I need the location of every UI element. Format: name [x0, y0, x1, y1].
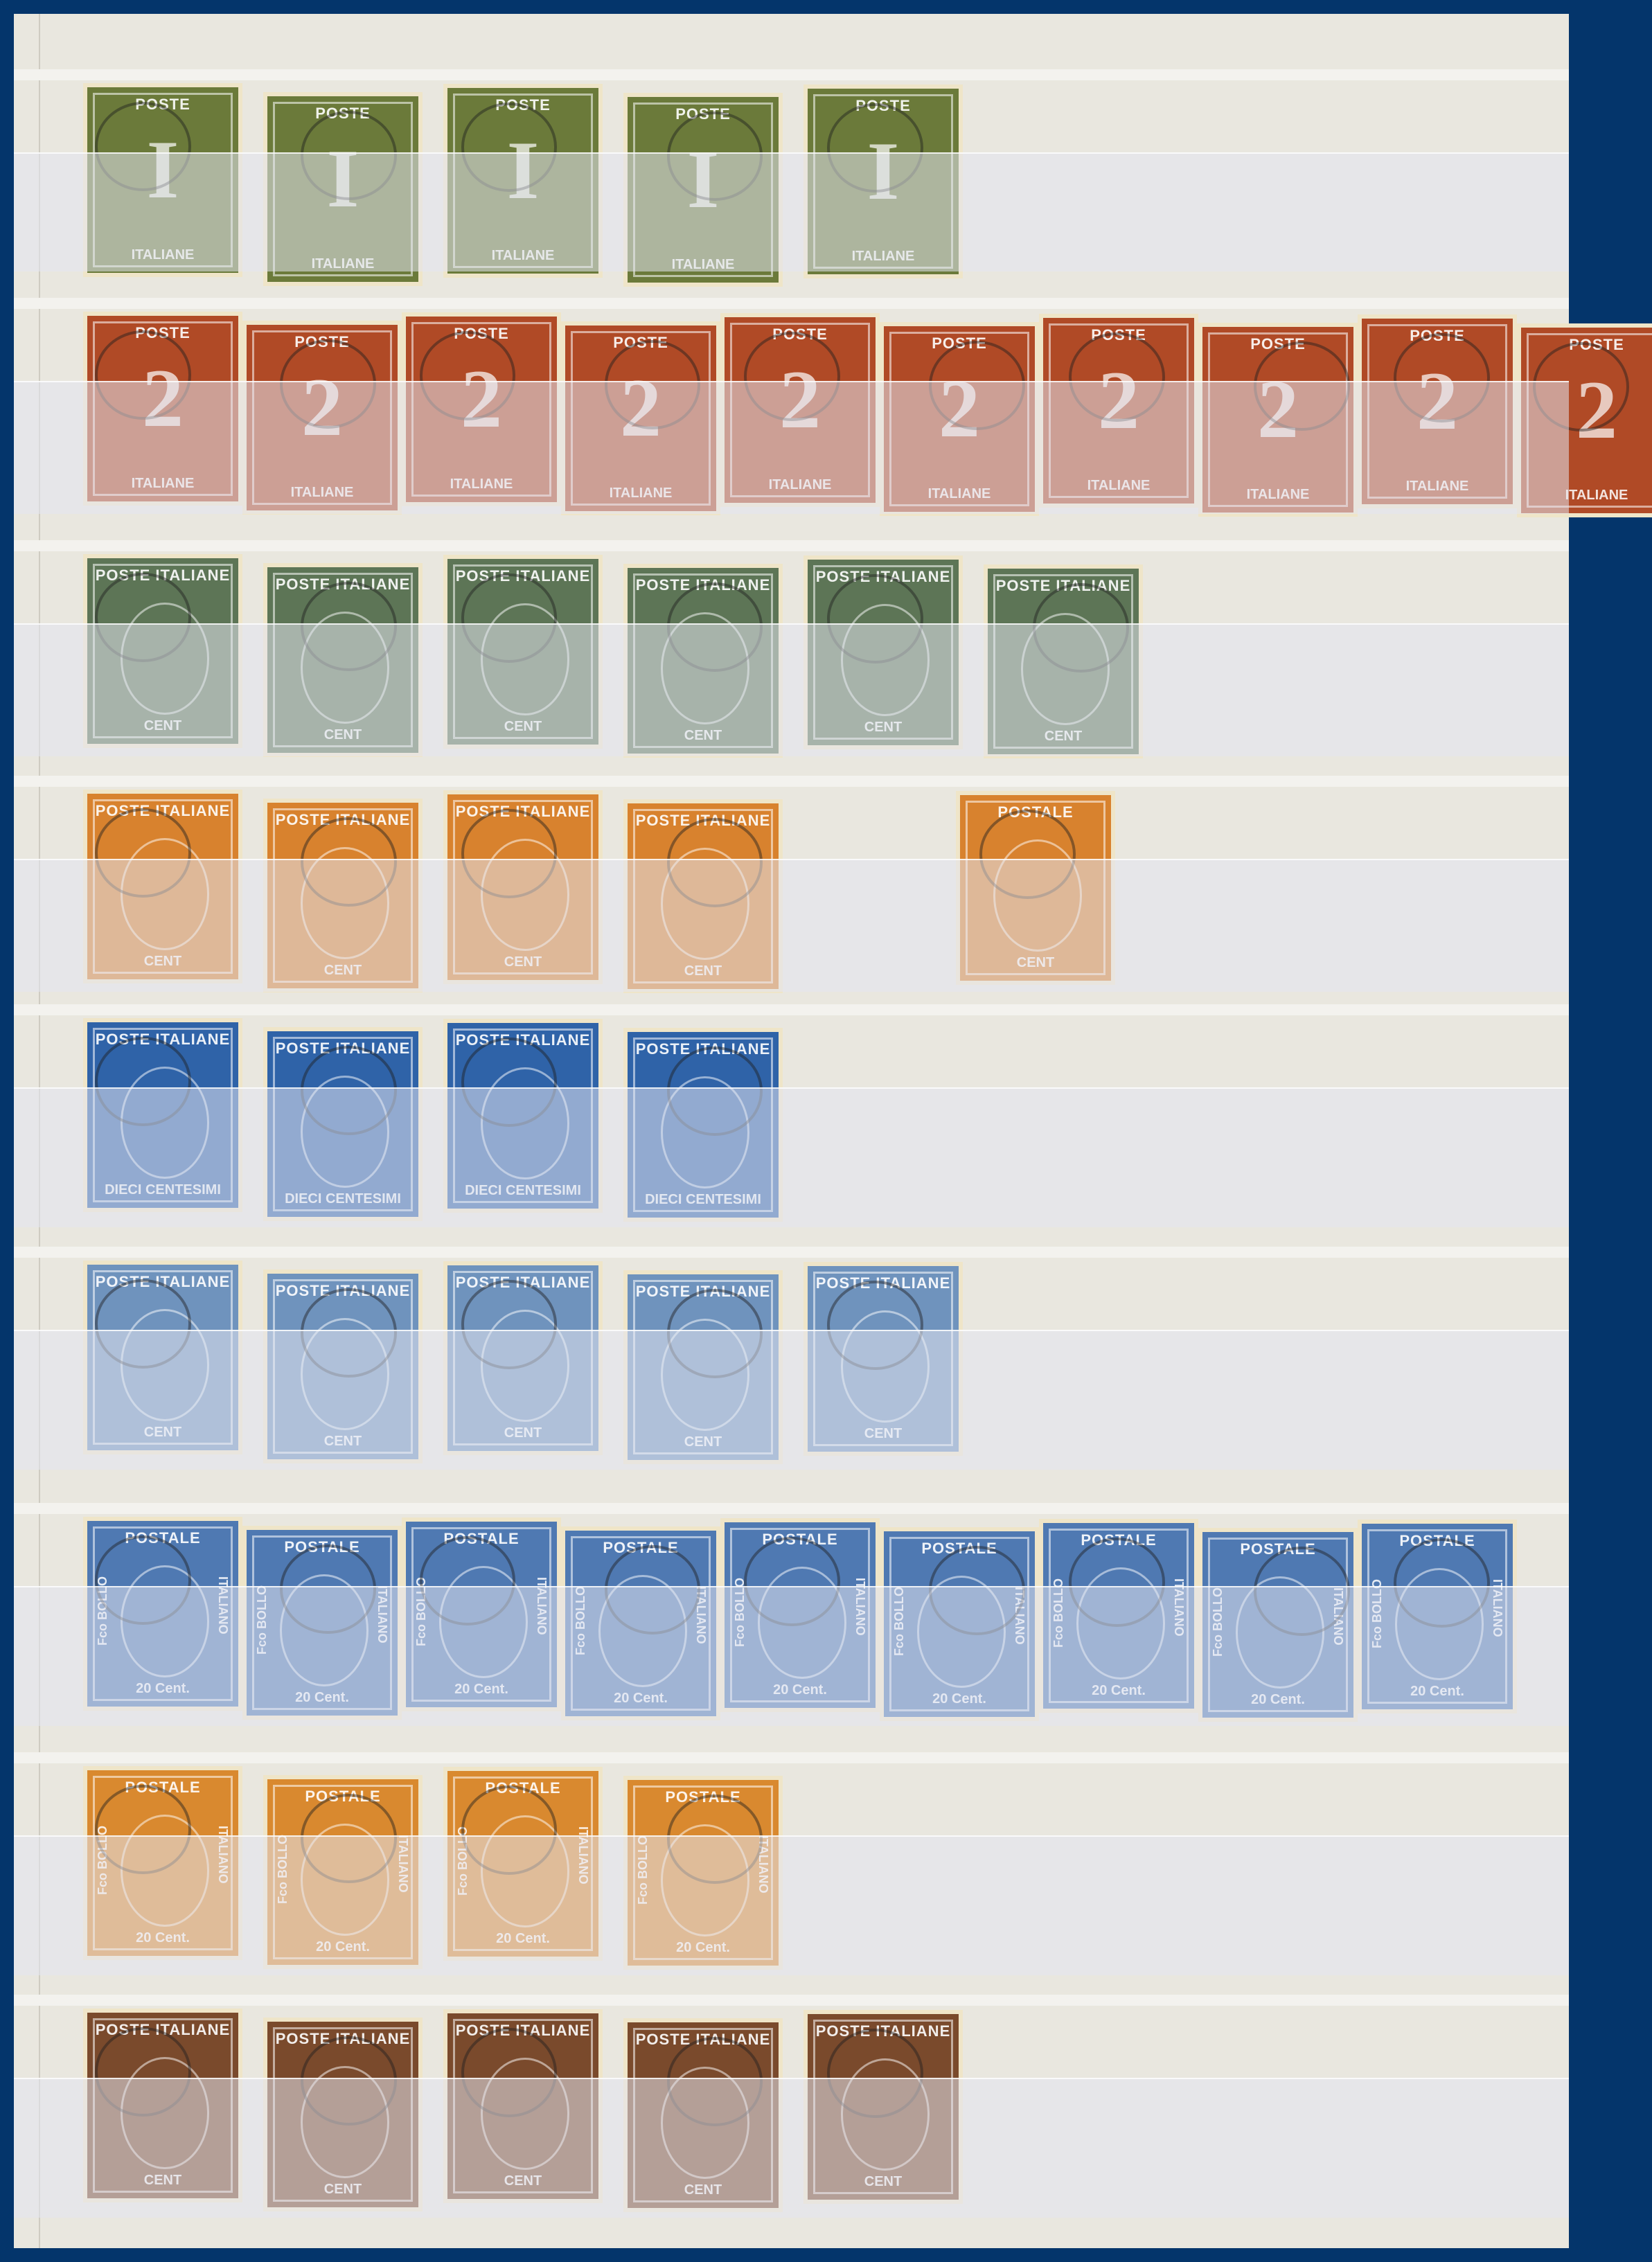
stamp-strip-20-centesimi-light-blue: POSTE ITALIANECENTPOSTE ITALIANECENTPOST… — [14, 1240, 1569, 1468]
strip-band — [14, 1004, 1569, 1015]
strip-band — [14, 1752, 1569, 1763]
strip-band — [14, 776, 1569, 787]
strip-band — [14, 69, 1569, 80]
glassine-pocket — [14, 152, 1569, 271]
stamp-strip-20-cent-postale-blue: POSTALEFco BOLLOITALIANO20 Cent.POSTALEF… — [14, 1496, 1569, 1725]
glassine-pocket — [14, 1087, 1569, 1227]
glassine-pocket — [14, 1835, 1569, 1975]
strip-band — [14, 298, 1569, 309]
stamp-strip-5-centesimi-green: POSTE ITALIANECENTPOSTE ITALIANECENTPOST… — [14, 533, 1569, 755]
glassine-pocket — [14, 1586, 1569, 1726]
stamp-strip-1-centesimo-numeral: POSTEIITALIANEPOSTEIITALIANEPOSTEIITALIA… — [14, 62, 1569, 270]
glassine-pocket — [14, 623, 1569, 756]
stamp-strip-30-centesimi-brown: POSTE ITALIANECENTPOSTE ITALIANECENTPOST… — [14, 1988, 1569, 2216]
glassine-pocket — [14, 381, 1569, 514]
glassine-pocket — [14, 1330, 1569, 1470]
stockbook-page: POSTEIITALIANEPOSTEIITALIANEPOSTEIITALIA… — [14, 14, 1569, 2248]
glassine-pocket — [14, 2078, 1569, 2218]
strip-band — [14, 1995, 1569, 2006]
glassine-pocket — [14, 859, 1569, 992]
strip-band — [14, 1247, 1569, 1258]
strip-band — [14, 1503, 1569, 1514]
stamp-strip-2-centesimi-numeral: POSTE2ITALIANEPOSTE2ITALIANEPOSTE2ITALIA… — [14, 291, 1569, 513]
stamp-strip-orange-poste-italiane-and-postale: POSTE ITALIANECENTPOSTE ITALIANECENTPOST… — [14, 769, 1569, 990]
stamp-strip-10-centesimi-blue: POSTE ITALIANEDIECI CENTESIMIPOSTE ITALI… — [14, 997, 1569, 1226]
strip-band — [14, 540, 1569, 551]
stamp-strip-20-cent-postale-orange: POSTALEFco BOLLOITALIANO20 Cent.POSTALEF… — [14, 1745, 1569, 1974]
